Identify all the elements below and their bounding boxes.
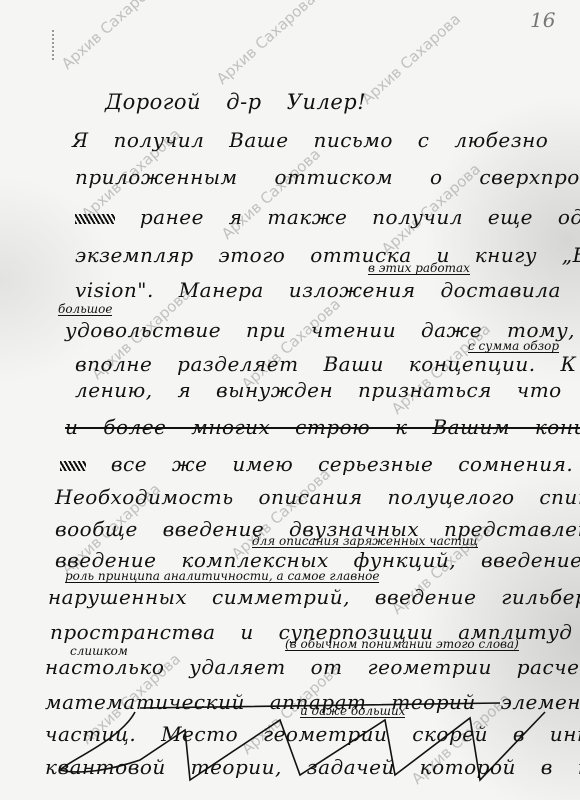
letter-line: нарушенных симметрий, введение гильберто… [48, 585, 580, 609]
letter-line-text: ранее я также получил еще один [140, 205, 580, 229]
insertion: для описания заряженных частиц [252, 535, 478, 548]
letter-line: квантовой теории, задачей которой в коне… [45, 755, 580, 779]
insertion: (в обычном понимании этого слова) [285, 638, 519, 651]
page-number: 16 [530, 8, 555, 32]
letter-line: vision". Манера изложения доставила [75, 278, 561, 302]
letter-line-text: лению, я вынужден признаться что [75, 378, 562, 402]
letter-line-text: все же имею серьезные сомнения. [111, 452, 573, 476]
insertion: роль принципа аналитичности, а самое гла… [65, 570, 379, 583]
scanned-letter-page: Архив Сахарова Архив Сахарова Архив Саха… [0, 0, 580, 800]
struck-line: и более многих строю к Вашим концепциям, [65, 415, 580, 439]
watermark: Архив Сахарова [213, 0, 319, 88]
greeting: Дорогой д-р Уилер! [105, 90, 366, 114]
letter-line: Я получил Ваше письмо с любезно [72, 128, 548, 152]
binding-marks [52, 30, 54, 60]
insertion: в этих работах [368, 262, 470, 275]
letter-line: Необходимость описания полуцелого спина … [55, 485, 580, 509]
letter-line: вполне разделяет Ваши концепции. К сожа- [75, 352, 580, 376]
letter-line: настолько удаляет от геометрии расчетный [45, 655, 580, 679]
letter-line: лению, я вынужден признаться что [75, 378, 580, 402]
letter-line: приложенным оттиском о сверхпространстве… [75, 165, 580, 189]
insertion: и даже больших [300, 705, 405, 718]
letter-line: частиц. Место геометрии скорей в интерпр… [45, 722, 580, 746]
struck-word [75, 214, 115, 224]
watermark: Архив Сахарова [358, 10, 464, 108]
letter-line: все же имею серьезные сомнения. [60, 452, 573, 476]
struck-word [60, 461, 86, 471]
watermark: Архив Сахарова [58, 0, 164, 73]
insertion: большое [58, 303, 112, 316]
letter-line: ранее я также получил еще один [75, 205, 580, 229]
letter-line: экземпляр этого оттиска и книгу „Einstei… [75, 243, 580, 267]
